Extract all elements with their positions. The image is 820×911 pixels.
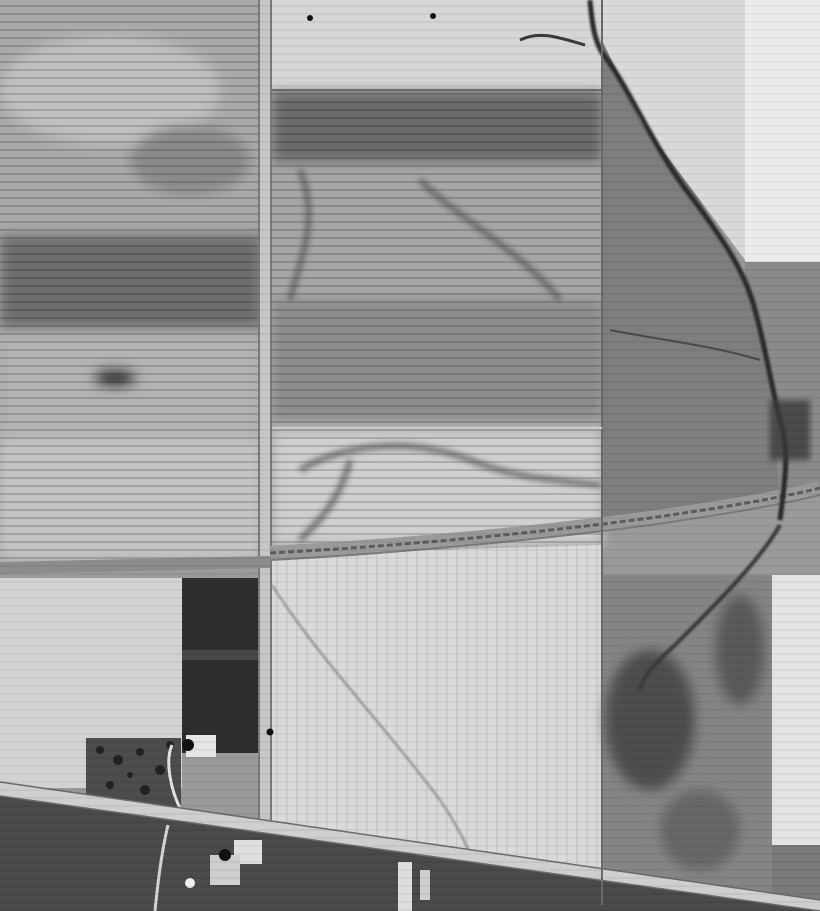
- aerial-photo: [0, 0, 820, 911]
- aerial-scene: [0, 0, 820, 911]
